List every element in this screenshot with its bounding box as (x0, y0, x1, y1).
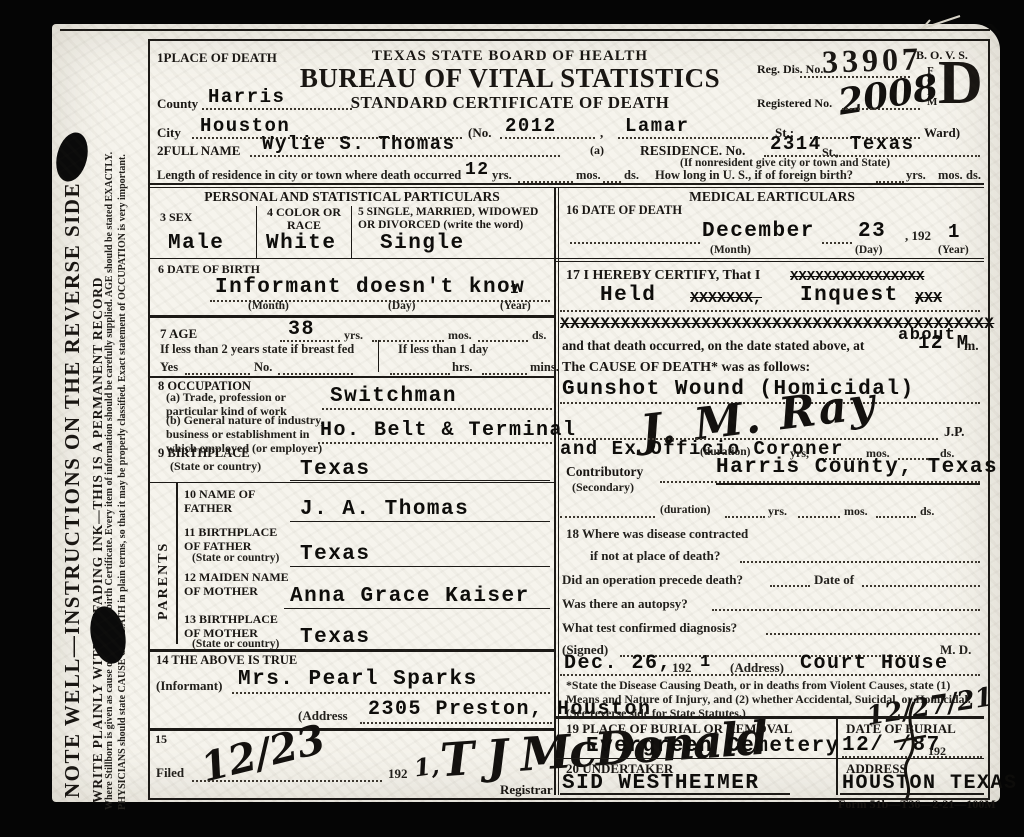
rule (560, 793, 790, 795)
leader (560, 672, 980, 676)
margin-fine-print: Where Stillborn is given as cause of Dea… (104, 105, 129, 810)
rule (150, 482, 554, 483)
filed-192: 192 (388, 766, 408, 782)
yrs-label: yrs. (492, 168, 512, 183)
informant-value: Mrs. Pearl Sparks (238, 668, 478, 691)
leader (518, 179, 573, 183)
death-day-note: (Day) (855, 244, 882, 256)
contributory-label: Contributory (566, 464, 643, 480)
mother-label: 12 MAIDEN NAME OF MOTHER (184, 570, 304, 599)
leader (862, 583, 980, 587)
struck-text: XXX (915, 290, 942, 307)
cause-of-death-label: The CAUSE OF DEATH* was as follows: (562, 360, 810, 376)
leader (560, 514, 655, 518)
death-day-value: 23 (858, 220, 886, 243)
scanned-death-certificate: NOTE WELL—INSTRUCTIONS ON THE REVERSE SI… (0, 0, 1024, 837)
death-year-note: (Year) (938, 244, 969, 256)
dob-value: Informant doesn't know (215, 276, 525, 299)
leader (570, 240, 700, 244)
filed-section-number: 15 (155, 732, 167, 747)
rule (556, 261, 984, 262)
leader (740, 559, 980, 563)
sex-label: 3 SEX (160, 210, 192, 225)
cell-divider (351, 206, 352, 258)
jp-label: J.P. (944, 424, 965, 440)
leader (712, 607, 980, 611)
margin-note-well: NOTE WELL—INSTRUCTIONS ON THE REVERSE SI… (60, 182, 85, 798)
trade-value: Switchman (330, 385, 457, 408)
parents-bracket (176, 482, 178, 644)
form-letter-d: D (938, 52, 983, 114)
place-of-death-label: 1PLACE OF DEATH (157, 50, 277, 66)
filed-label: Filed (156, 765, 184, 781)
ward-label: Ward) (924, 125, 960, 141)
leader (770, 583, 810, 587)
duration2-yrs: yrs. (768, 504, 787, 519)
duration2-mos: mos. (844, 504, 868, 519)
date-of-label: Date of (814, 572, 854, 588)
leader (482, 371, 527, 375)
leader (876, 514, 916, 518)
rule (290, 566, 550, 567)
heavy-rule (150, 649, 554, 652)
dob-year-note: (Year) (500, 300, 531, 312)
cell-divider (256, 206, 257, 258)
county-value: Harris (208, 86, 285, 108)
leader (278, 371, 353, 375)
less-1day-label: If less than 1 day (398, 342, 488, 357)
leader (500, 135, 595, 139)
dob-label: 6 DATE OF BIRTH (158, 262, 260, 277)
father-birthplace-value: Texas (300, 543, 371, 566)
header-bureau: BUREAU OF VITAL STATISTICS (290, 63, 730, 94)
no-label: No. (254, 360, 272, 375)
age-yrs: yrs. (344, 328, 363, 343)
burial-value: Evergreen Cemetery (586, 735, 840, 758)
death-month-note: (Month) (710, 244, 751, 256)
operation-question: Did an operation precede death? (562, 572, 743, 588)
leader (192, 778, 382, 782)
leader (318, 440, 552, 444)
rule (150, 187, 984, 188)
q18-label: 18 Where was disease contracted (566, 526, 748, 542)
rule (150, 183, 984, 185)
struck-text: XXXXXXX, (690, 290, 762, 307)
signed-year-value: 1 (700, 653, 712, 672)
rule (150, 376, 554, 378)
race-label: 4 COLOR OR RACE (264, 206, 344, 232)
cell-divider (378, 340, 379, 372)
mos-label: mos. (576, 168, 601, 183)
parents-label: PARENTS (156, 542, 172, 620)
undertaker-value: SID WESTHEIMER (562, 772, 759, 795)
header-certificate: STANDARD CERTIFICATE OF DEATH (300, 93, 720, 113)
leader (876, 179, 904, 183)
duration2-ds: ds. (920, 504, 934, 519)
birthplace-value: Texas (300, 458, 371, 481)
race-value: White (266, 232, 337, 255)
leader (250, 153, 560, 157)
struck-text: XXXXXXXXXXXXXXXX (790, 269, 924, 285)
leader (618, 135, 768, 139)
leader (603, 179, 621, 183)
us-length-label: How long in U. S., if of foreign birth? (655, 168, 853, 183)
death-occurred-label: and that death occurred, on the date sta… (562, 338, 864, 354)
q18b-label: if not at place of death? (590, 548, 720, 564)
city-label: City (157, 125, 181, 141)
yrs2-label: yrs. (906, 168, 926, 183)
form-number: Form 51b—T36—2-21—100M (838, 797, 996, 812)
duration2-note: (duration) (660, 504, 710, 516)
rule (556, 258, 984, 259)
leader (185, 371, 250, 375)
leader (202, 106, 352, 110)
filed-year-handwritten: 1, (412, 750, 441, 782)
county-label: County (157, 96, 198, 112)
rule (290, 521, 550, 522)
undertaker-address-value: HOUSTON TEXAS (842, 772, 1018, 795)
mother-birthplace-label: 13 BIRTHPLACE OF MOTHER (184, 612, 294, 641)
contributory-value: Harris County, Texas (716, 456, 998, 479)
age-ds: ds. (532, 328, 546, 343)
breast-fed-label: If less than 2 years state if breast fed (160, 342, 354, 357)
date-of-death-label: 16 DATE OF DEATH (566, 203, 682, 218)
personal-title: PERSONAL AND STATISTICAL PARTICULARS (152, 189, 552, 205)
time-m-label: m. (964, 338, 979, 354)
marital-label: 5 SINGLE, MARRIED, WIDOWED OR DIVORCED (… (358, 206, 550, 232)
a-label: (a) (590, 143, 604, 158)
birthplace-note: (State or country) (170, 459, 261, 474)
ds-label: ds. (624, 168, 639, 183)
age-mos: mos. (448, 328, 472, 343)
rule (284, 608, 550, 609)
hrs-label: hrs. (452, 360, 473, 375)
dob-tail: 1 (510, 282, 520, 298)
leader (560, 308, 980, 312)
leader (322, 406, 552, 410)
death-year-value: 1 (948, 221, 961, 243)
leader (390, 371, 450, 375)
inquest-value: Inquest , (800, 284, 927, 307)
autopsy-question: Was there an autopsy? (562, 596, 688, 612)
rule (716, 483, 980, 485)
leader (798, 514, 840, 518)
residence-value: Texas (850, 133, 915, 155)
rule (556, 758, 984, 759)
no-label: (No. (468, 125, 491, 141)
leader (766, 631, 980, 635)
registrar-label: Registrar (500, 782, 553, 798)
mother-birthplace-value: Texas (300, 626, 371, 649)
industry-value: Ho. Belt & Terminal (320, 419, 577, 442)
house-number-value: 2012 (505, 115, 557, 137)
father-value: J. A. Thomas (300, 498, 469, 521)
leader (232, 690, 550, 694)
registered-no-label: Registered No. (757, 96, 832, 111)
marital-value: Single (380, 232, 465, 255)
length-residence-value: 12 (465, 160, 490, 180)
informant-label: (Informant) (156, 678, 222, 694)
yes-label: Yes (160, 360, 178, 375)
death-month-value: December (702, 220, 815, 243)
length-residence-label: Length of residence in city or town wher… (157, 168, 461, 183)
secondary-note: (Secondary) (572, 480, 634, 495)
leader (822, 240, 852, 244)
street-value: Lamar (625, 115, 690, 137)
age-label: 7 AGE (160, 326, 197, 342)
held-value: Held (600, 284, 656, 307)
ds2-label: ds. (966, 168, 981, 183)
full-name-label: 2FULL NAME (157, 143, 240, 159)
mos2-label: mos. (938, 168, 963, 183)
comma: , (600, 125, 603, 141)
father-birthplace-note: (State or country) (192, 552, 279, 564)
top-rule (60, 29, 990, 31)
heavy-rule (150, 315, 554, 318)
test-question: What test confirmed diagnosis? (562, 620, 737, 636)
full-name-value: Wylie S. Thomas (262, 133, 456, 155)
mins-label: mins. (530, 360, 559, 375)
leader (360, 720, 552, 724)
rule (290, 480, 550, 481)
leader (725, 514, 765, 518)
rule (150, 258, 554, 259)
leader (842, 106, 920, 110)
residence-no-value: 2314 (770, 133, 822, 155)
death-192: , 192 (905, 228, 931, 244)
father-birthplace-label: 11 BIRTHPLACE OF FATHER (184, 525, 294, 554)
rule (840, 793, 984, 795)
mother-value: Anna Grace Kaiser (290, 585, 530, 608)
sex-value: Male (168, 232, 224, 255)
certify-label: 17 I HEREBY CERTIFY, That I (566, 268, 760, 284)
time-of-death-value: 12 M (918, 332, 970, 354)
above-is-true-label: 14 THE ABOVE IS TRUE (156, 653, 297, 668)
father-label: 10 NAME OF FATHER (184, 487, 274, 516)
dob-day-note: (Day) (388, 300, 415, 312)
dob-month-note: (Month) (248, 300, 289, 312)
